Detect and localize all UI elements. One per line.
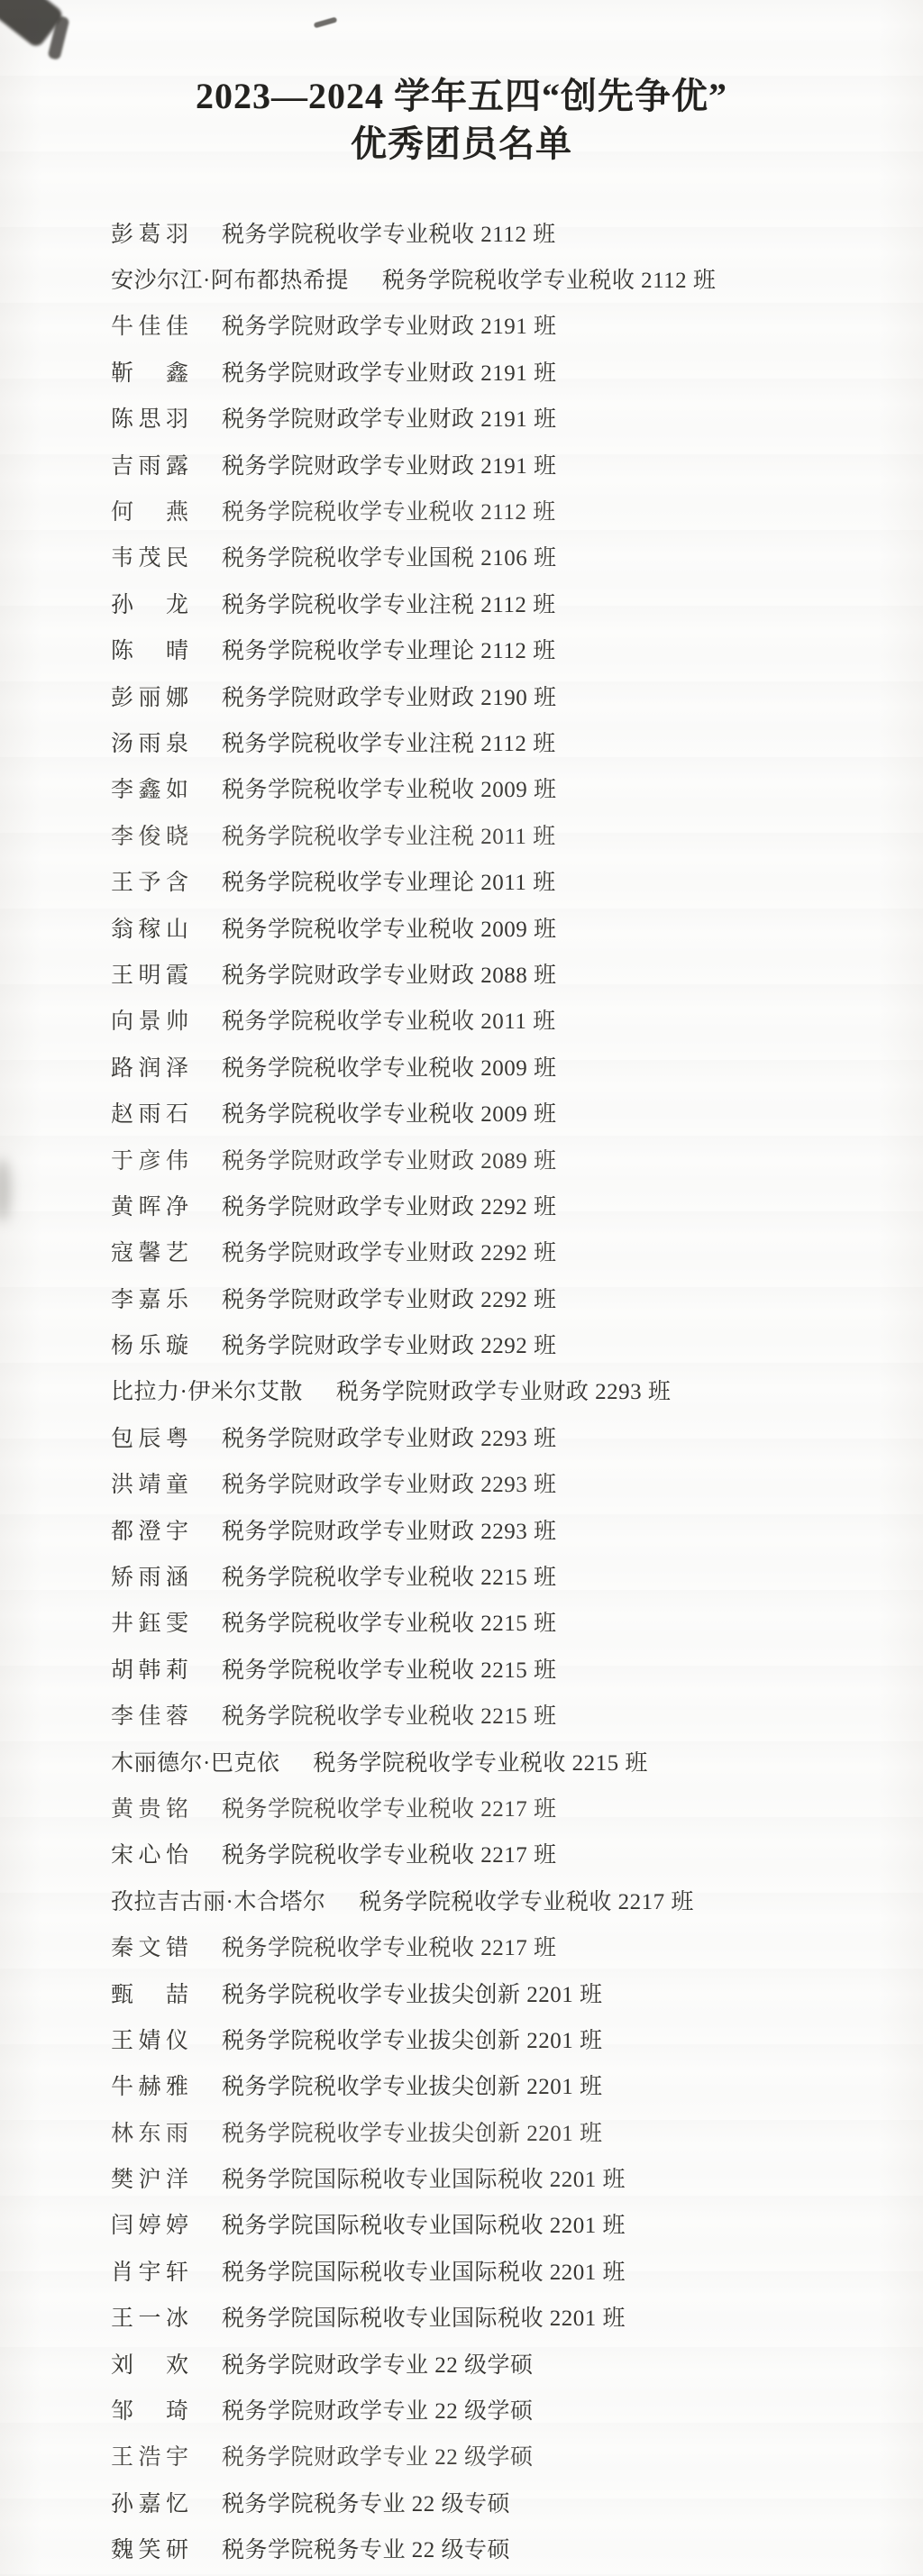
member-name: 于彦伟 — [111, 1143, 188, 1175]
member-detail: 税务学院税收学专业税收 2009 班 — [222, 911, 557, 944]
member-row: 包辰粤税务学院财政学专业财政 2293 班 — [0, 1413, 923, 1459]
member-name: 李俊晓 — [111, 818, 188, 851]
member-row: 向景帅税务学院税收学专业税收 2011 班 — [0, 997, 923, 1043]
member-name: 向景帅 — [111, 1003, 188, 1036]
member-row: 魏笑研税务学院税务专业 22 级专硕 — [0, 2526, 923, 2571]
member-row: 李俊晓税务学院税收学专业注税 2011 班 — [0, 811, 923, 857]
member-name: 韦茂民 — [111, 540, 188, 572]
member-name: 赵雨石 — [111, 1096, 188, 1128]
member-row: 于彦伟税务学院财政学专业财政 2089 班 — [0, 1136, 923, 1182]
member-row: 翁稼山税务学院税收学专业税收 2009 班 — [0, 904, 923, 950]
member-row: 李鑫如税务学院税收学专业税收 2009 班 — [0, 765, 923, 811]
member-name: 路润泽 — [111, 1050, 188, 1082]
member-name: 牛佳佳 — [111, 308, 188, 341]
member-detail: 税务学院税收学专业国税 2106 班 — [222, 540, 557, 572]
member-row: 赵雨石税务学院税收学专业税收 2009 班 — [0, 1089, 923, 1135]
member-detail: 税务学院税收学专业理论 2011 班 — [222, 864, 556, 897]
member-detail: 税务学院税收学专业税收 2112 班 — [222, 494, 556, 526]
member-name: 汤雨泉 — [111, 726, 188, 758]
member-list: 彭葛羽税务学院税收学专业税收 2112 班安沙尔江·阿布都热希提税务学院税收学专… — [0, 209, 923, 2571]
member-name: 林东雨 — [111, 2115, 188, 2148]
member-detail: 税务学院财政学专业财政 2292 班 — [222, 1235, 557, 1267]
member-row: 樊沪洋税务学院国际税收专业国际税收 2201 班 — [0, 2154, 923, 2200]
member-row: 何燕税务学院税收学专业税收 2112 班 — [0, 487, 923, 533]
member-name: 甄喆 — [111, 1977, 188, 2009]
member-name: 孙龙 — [111, 587, 188, 619]
member-detail: 税务学院财政学专业财政 2191 班 — [222, 401, 557, 434]
member-name: 肖宇轩 — [111, 2254, 188, 2287]
member-detail: 税务学院税收学专业税收 2215 班 — [313, 1745, 648, 1777]
member-detail: 税务学院税收学专业税收 2009 班 — [222, 1096, 557, 1128]
member-row: 胡韩莉税务学院税收学专业税收 2215 班 — [0, 1645, 923, 1691]
member-detail: 税务学院财政学专业 22 级学硕 — [222, 2439, 534, 2471]
member-row: 陈晴税务学院税收学专业理论 2112 班 — [0, 626, 923, 672]
member-detail: 税务学院税收学专业税收 2215 班 — [222, 1605, 557, 1638]
member-row: 黄晖净税务学院财政学专业财政 2292 班 — [0, 1182, 923, 1228]
member-detail: 税务学院税收学专业税收 2215 班 — [222, 1559, 557, 1592]
member-row: 吉雨露税务学院财政学专业财政 2191 班 — [0, 441, 923, 487]
member-detail: 税务学院财政学专业财政 2089 班 — [222, 1143, 557, 1175]
member-row: 安沙尔江·阿布都热希提税务学院税收学专业税收 2112 班 — [0, 255, 923, 301]
member-row: 洪靖童税务学院财政学专业财政 2293 班 — [0, 1460, 923, 1506]
member-row: 甄喆税务学院税收学专业拔尖创新 2201 班 — [0, 1969, 923, 2015]
member-row: 木丽德尔·巴克依税务学院税收学专业税收 2215 班 — [0, 1738, 923, 1784]
document-title-line1: 2023—2024 学年五四“创先争优” — [0, 72, 923, 120]
member-name: 闫婷婷 — [111, 2207, 188, 2240]
member-row: 矫雨涵税务学院税收学专业税收 2215 班 — [0, 1552, 923, 1598]
member-row: 比拉力·伊米尔艾散税务学院财政学专业财政 2293 班 — [0, 1367, 923, 1413]
member-name: 李佳蓉 — [111, 1698, 188, 1731]
member-row: 牛赫雅税务学院税收学专业拔尖创新 2201 班 — [0, 2062, 923, 2108]
member-name: 何燕 — [111, 494, 188, 526]
member-row: 寇馨艺税务学院财政学专业财政 2292 班 — [0, 1229, 923, 1274]
member-detail: 税务学院税收学专业税收 2217 班 — [222, 1837, 557, 1869]
member-detail: 税务学院税收学专业税收 2217 班 — [222, 1930, 557, 1962]
member-detail: 税务学院财政学专业财政 2191 班 — [222, 355, 557, 388]
member-detail: 税务学院财政学专业财政 2190 班 — [222, 680, 557, 712]
member-detail: 税务学院税收学专业理论 2112 班 — [222, 633, 556, 665]
member-name: 吉雨露 — [111, 448, 188, 480]
member-detail: 税务学院税收学专业拔尖创新 2201 班 — [222, 2115, 603, 2148]
member-name: 洪靖童 — [111, 1466, 188, 1499]
member-detail: 税务学院财政学专业财政 2292 班 — [222, 1189, 557, 1221]
member-name: 王一冰 — [111, 2300, 188, 2333]
member-name: 李嘉乐 — [111, 1282, 188, 1314]
member-detail: 税务学院国际税收专业国际税收 2201 班 — [222, 2207, 626, 2240]
member-detail: 税务学院税收学专业税收 2009 班 — [222, 1050, 557, 1082]
member-row: 秦文错税务学院税收学专业税收 2217 班 — [0, 1923, 923, 1969]
member-detail: 税务学院税收学专业拔尖创新 2201 班 — [222, 2023, 603, 2055]
member-name: 寇馨艺 — [111, 1235, 188, 1267]
member-detail: 税务学院财政学专业财政 2292 班 — [222, 1282, 557, 1314]
member-detail: 税务学院财政学专业财政 2292 班 — [222, 1328, 557, 1360]
member-name: 都澄宇 — [111, 1513, 188, 1546]
member-row: 王婧仪税务学院税收学专业拔尖创新 2201 班 — [0, 2015, 923, 2061]
member-name: 樊沪洋 — [111, 2161, 188, 2194]
member-detail: 税务学院税收学专业税收 2112 班 — [382, 262, 717, 295]
member-detail: 税务学院税收学专业税收 2215 班 — [222, 1652, 557, 1685]
member-detail: 税务学院财政学专业财政 2191 班 — [222, 448, 557, 480]
member-row: 孙嘉忆税务学院税务专业 22 级专硕 — [0, 2479, 923, 2525]
member-row: 李佳蓉税务学院税收学专业税收 2215 班 — [0, 1692, 923, 1738]
member-detail: 税务学院国际税收专业国际税收 2201 班 — [222, 2161, 626, 2194]
member-name: 王予含 — [111, 864, 188, 897]
member-row: 靳鑫税务学院财政学专业财政 2191 班 — [0, 348, 923, 394]
member-detail: 税务学院财政学专业财政 2293 班 — [222, 1466, 557, 1499]
member-name: 黄贵铭 — [111, 1791, 188, 1823]
member-name: 李鑫如 — [111, 772, 188, 804]
member-name: 木丽德尔·巴克依 — [111, 1745, 279, 1777]
member-detail: 税务学院财政学专业财政 2088 班 — [222, 957, 557, 990]
member-name: 牛赫雅 — [111, 2069, 188, 2101]
member-detail: 税务学院税收学专业注税 2011 班 — [222, 818, 556, 851]
member-row: 杨乐璇税务学院财政学专业财政 2292 班 — [0, 1320, 923, 1366]
document-title: 2023—2024 学年五四“创先争优” 优秀团员名单 — [0, 0, 923, 168]
member-name: 刘欢 — [111, 2347, 188, 2380]
member-row: 韦茂民税务学院税收学专业国税 2106 班 — [0, 534, 923, 580]
member-name: 王浩宇 — [111, 2439, 188, 2471]
member-detail: 税务学院税收学专业注税 2112 班 — [222, 726, 556, 758]
member-detail: 税务学院财政学专业财政 2293 班 — [336, 1374, 672, 1406]
member-row: 刘欢税务学院财政学专业 22 级学硕 — [0, 2340, 923, 2386]
member-name: 井鈺雯 — [111, 1605, 188, 1638]
member-detail: 税务学院税务专业 22 级专硕 — [222, 2532, 510, 2564]
member-row: 井鈺雯税务学院税收学专业税收 2215 班 — [0, 1599, 923, 1645]
member-row: 王浩宇税务学院财政学专业 22 级学硕 — [0, 2433, 923, 2479]
member-name: 王明霞 — [111, 957, 188, 990]
member-detail: 税务学院税收学专业注税 2112 班 — [222, 587, 556, 619]
member-detail: 税务学院财政学专业财政 2293 班 — [222, 1513, 557, 1546]
member-name: 秦文错 — [111, 1930, 188, 1962]
member-row: 邹琦税务学院财政学专业 22 级学硕 — [0, 2386, 923, 2432]
member-name: 翁稼山 — [111, 911, 188, 944]
member-row: 彭葛羽税务学院税收学专业税收 2112 班 — [0, 209, 923, 255]
member-row: 王一冰税务学院国际税收专业国际税收 2201 班 — [0, 2294, 923, 2340]
member-name: 杨乐璇 — [111, 1328, 188, 1360]
member-row: 闫婷婷税务学院国际税收专业国际税收 2201 班 — [0, 2201, 923, 2247]
member-name: 宋心怡 — [111, 1837, 188, 1869]
member-row: 王予含税务学院税收学专业理论 2011 班 — [0, 857, 923, 903]
member-detail: 税务学院税收学专业税收 2011 班 — [222, 1003, 556, 1036]
member-detail: 税务学院财政学专业 22 级学硕 — [222, 2393, 534, 2425]
member-detail: 税务学院税收学专业拔尖创新 2201 班 — [222, 2069, 603, 2101]
member-detail: 税务学院财政学专业财政 2191 班 — [222, 308, 557, 341]
member-name: 比拉力·伊米尔艾散 — [111, 1374, 303, 1406]
member-row: 彭丽娜税务学院财政学专业财政 2190 班 — [0, 672, 923, 718]
member-name: 邹琦 — [111, 2393, 188, 2425]
document-title-line2: 优秀团员名单 — [0, 120, 923, 168]
member-name: 黄晖净 — [111, 1189, 188, 1221]
member-detail: 税务学院税收学专业拔尖创新 2201 班 — [222, 1977, 603, 2009]
member-name: 彭葛羽 — [111, 216, 188, 249]
member-row: 牛佳佳税务学院财政学专业财政 2191 班 — [0, 302, 923, 348]
member-name: 矫雨涵 — [111, 1559, 188, 1592]
member-row: 都澄宇税务学院财政学专业财政 2293 班 — [0, 1506, 923, 1552]
member-row: 孜拉吉古丽·木合塔尔税务学院税收学专业税收 2217 班 — [0, 1877, 923, 1923]
member-detail: 税务学院财政学专业财政 2293 班 — [222, 1420, 557, 1453]
member-name: 魏笑研 — [111, 2532, 188, 2564]
member-row: 路润泽税务学院税收学专业税收 2009 班 — [0, 1043, 923, 1089]
member-row: 肖宇轩税务学院国际税收专业国际税收 2201 班 — [0, 2247, 923, 2293]
member-name: 陈思羽 — [111, 401, 188, 434]
member-row: 陈思羽税务学院财政学专业财政 2191 班 — [0, 395, 923, 441]
member-row: 汤雨泉税务学院税收学专业注税 2112 班 — [0, 718, 923, 764]
member-detail: 税务学院税收学专业税收 2009 班 — [222, 772, 557, 804]
member-row: 孙龙税务学院税收学专业注税 2112 班 — [0, 580, 923, 626]
scanned-document-page: 2023—2024 学年五四“创先争优” 优秀团员名单 彭葛羽税务学院税收学专业… — [0, 0, 923, 2576]
member-name: 王婧仪 — [111, 2023, 188, 2055]
member-name: 胡韩莉 — [111, 1652, 188, 1685]
member-name: 安沙尔江·阿布都热希提 — [111, 262, 349, 295]
member-row: 王明霞税务学院财政学专业财政 2088 班 — [0, 950, 923, 996]
member-detail: 税务学院财政学专业 22 级学硕 — [222, 2347, 534, 2380]
member-name: 孙嘉忆 — [111, 2486, 188, 2518]
member-name: 包辰粤 — [111, 1420, 188, 1453]
member-row: 李嘉乐税务学院财政学专业财政 2292 班 — [0, 1274, 923, 1320]
member-row: 宋心怡税务学院税收学专业税收 2217 班 — [0, 1831, 923, 1877]
member-row: 黄贵铭税务学院税收学专业税收 2217 班 — [0, 1784, 923, 1830]
member-detail: 税务学院税收学专业税收 2217 班 — [359, 1884, 694, 1916]
member-name: 陈晴 — [111, 633, 188, 665]
member-name: 靳鑫 — [111, 355, 188, 388]
member-detail: 税务学院税收学专业税收 2217 班 — [222, 1791, 557, 1823]
member-detail: 税务学院税收学专业税收 2215 班 — [222, 1698, 557, 1731]
member-detail: 税务学院税务专业 22 级专硕 — [222, 2486, 510, 2518]
member-row: 林东雨税务学院税收学专业拔尖创新 2201 班 — [0, 2108, 923, 2154]
member-detail: 税务学院国际税收专业国际税收 2201 班 — [222, 2254, 626, 2287]
member-name: 孜拉吉古丽·木合塔尔 — [111, 1884, 325, 1916]
member-name: 彭丽娜 — [111, 680, 188, 712]
member-detail: 税务学院国际税收专业国际税收 2201 班 — [222, 2300, 626, 2333]
member-detail: 税务学院税收学专业税收 2112 班 — [222, 216, 556, 249]
